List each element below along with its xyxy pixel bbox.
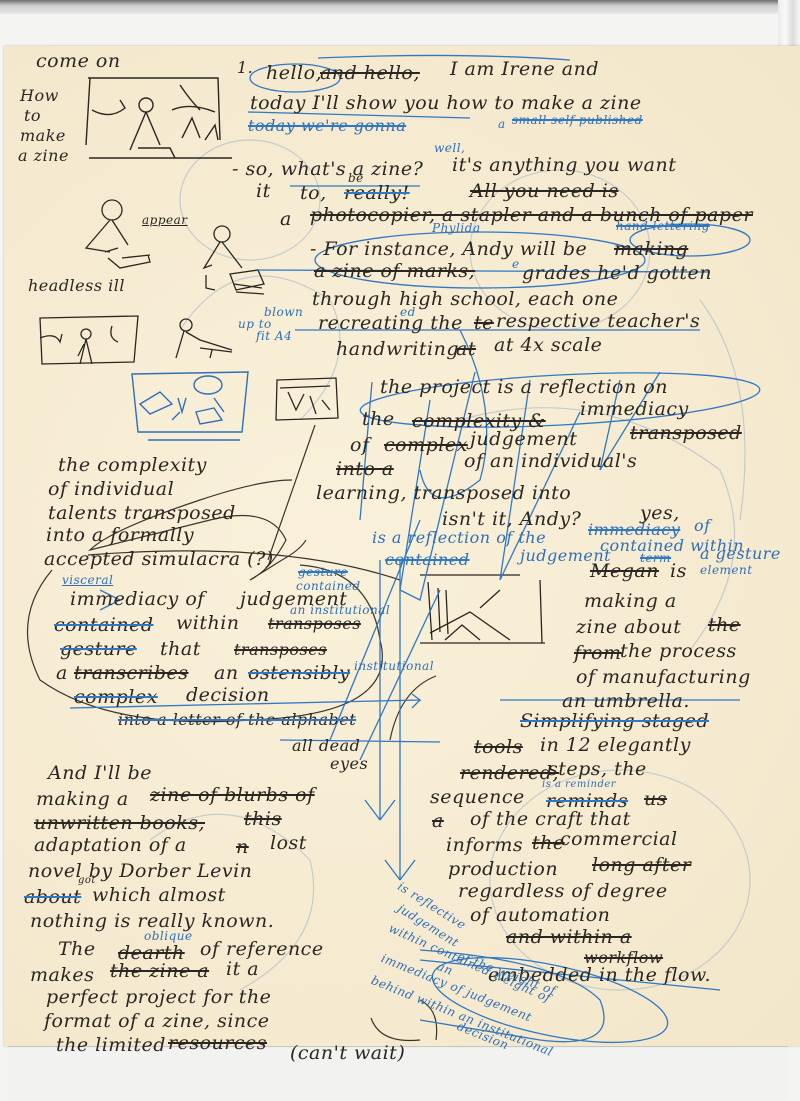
transposed-struck: transposed	[630, 424, 742, 443]
of-word: of	[350, 436, 369, 455]
regardless-of-degree: regardless of degree	[458, 882, 668, 901]
oval-that: that	[160, 640, 201, 659]
perfect-project: perfect project for the	[46, 988, 271, 1007]
blue-institutional: institutional	[354, 660, 434, 672]
item-number-1: 1.	[237, 60, 253, 76]
blue-visceral: visceral	[62, 574, 113, 586]
oval-transposes-struck: transposes	[268, 616, 361, 632]
anything-you-want: it's anything you want	[452, 156, 676, 175]
at-4x-scale: at 4x scale	[494, 336, 602, 355]
is-word: is	[670, 562, 687, 581]
a-word: a	[280, 210, 292, 229]
which-almost: which almost	[92, 886, 226, 905]
oval-decision: decision	[186, 686, 270, 705]
lost: lost	[270, 834, 307, 853]
the-zine-a-struck: the zine a	[110, 962, 209, 981]
blue-hand-lettering: hand lettering	[616, 220, 710, 232]
te-struck: te	[474, 314, 494, 333]
simplifying-staged-struck: Simplifying staged	[520, 712, 709, 731]
immediacy: immediacy	[580, 400, 689, 419]
oval-into-a-letter-struck: into a letter of the alphabet	[118, 712, 356, 728]
into-a-struck: into a	[336, 460, 394, 479]
isnt-it-andy: isn't it, Andy?	[442, 510, 581, 529]
from-struck: from	[574, 644, 622, 663]
the-struck: the	[708, 616, 741, 635]
novel-by-dorber-levin: novel by Dorber Levin	[28, 862, 252, 881]
blue-gesture-struck: gesture	[298, 566, 348, 578]
margin-to: to	[24, 108, 41, 124]
blue-today-gonna: today we're gonna	[248, 118, 406, 134]
sheet-stack-right-edge	[778, 0, 800, 50]
zine-about: zine about	[576, 618, 681, 637]
oval-transcribes-struck: transcribes	[74, 664, 189, 683]
production: production	[448, 860, 558, 879]
oval-transposes-struck-2: transposes	[234, 642, 327, 658]
to-word: to,	[300, 184, 327, 203]
the-limited: the limited	[56, 1036, 166, 1055]
project-reflection: the project is a reflection on	[380, 378, 668, 397]
blue-oblique: oblique	[144, 930, 193, 942]
blue-well: well,	[434, 142, 465, 154]
margin-headless: headless ill	[28, 278, 125, 294]
oval-gesture-struck: gesture	[60, 640, 137, 659]
commercial: commercial	[560, 830, 678, 849]
learning-transposed: learning, transposed into	[316, 484, 571, 503]
makes: makes	[30, 966, 94, 985]
complexity-line4: into a formally	[46, 526, 194, 545]
complexity-line5: accepted simulacra (?)	[44, 550, 274, 569]
making-struck: making	[614, 240, 688, 259]
of-reference: of reference	[200, 940, 324, 959]
hello-struck: and hello,	[320, 64, 420, 83]
blue-element: element	[700, 564, 753, 576]
all-dead: all dead	[292, 738, 360, 754]
tools-struck: tools	[474, 738, 523, 757]
oval-complex-struck: complex	[74, 688, 158, 707]
blue-small-self-published: small self-published	[512, 114, 643, 126]
respective-teachers: respective teacher's	[496, 312, 700, 331]
the-word-2: The	[58, 940, 96, 959]
through-high-school: through high school, each one	[312, 290, 618, 309]
of-an-individuals: of an individual's	[464, 452, 637, 471]
oval-contained-struck: contained	[54, 616, 154, 635]
complex-struck: complex	[384, 436, 468, 455]
really-struck: really!	[344, 184, 410, 203]
complexity-line3: talents transposed	[48, 504, 236, 523]
complexity-line2: of individual	[48, 480, 174, 499]
n-struck: n	[236, 838, 249, 857]
zine-of-blurbs-struck: zine of blurbs of	[150, 786, 315, 805]
it-word: it	[256, 182, 271, 201]
margin-come-on: come on	[36, 52, 121, 71]
zine-of-marks-struck: a zine of marks,	[314, 262, 475, 281]
resources-struck: resources	[168, 1034, 267, 1053]
oval-within: within	[176, 614, 240, 633]
of-manufacturing: of manufacturing	[576, 668, 751, 687]
sequence: sequence	[430, 788, 525, 807]
making-a-2: making a	[584, 592, 677, 611]
about-struck: about	[24, 888, 81, 907]
in-12-elegantly: in 12 elegantly	[540, 736, 691, 755]
complexity-line1: the complexity	[58, 456, 207, 475]
oval-immediacy-of: immediacy of	[70, 590, 205, 609]
recreating-the: recreating the	[318, 314, 463, 333]
long-after-struck: long after	[592, 856, 691, 875]
oval-a: a	[56, 664, 68, 683]
format-of-a-zine: format of a zine, since	[44, 1012, 270, 1031]
for-instance-andy: - For instance, Andy will be	[310, 240, 587, 259]
the-process: the process	[620, 642, 737, 661]
unwritten-books-struck: unwritten books,	[34, 814, 205, 833]
blue-is-a-reminder: is a reminder	[542, 780, 616, 790]
it-a: it a	[226, 960, 259, 979]
margin-make: make	[20, 128, 66, 144]
whats-a-zine: - so, what's a zine?	[232, 160, 423, 179]
hello-circled: hello,	[266, 64, 322, 83]
and-within-a-struck: and within a	[506, 928, 632, 947]
grades-gotten: grades he'd gotten	[522, 264, 712, 283]
oval-an: an	[214, 664, 239, 683]
an-umbrella: an umbrella.	[562, 692, 690, 711]
us-struck: us	[644, 790, 667, 809]
eyes: eyes	[330, 756, 368, 772]
megan-struck: Megan	[590, 562, 659, 581]
informs: informs	[446, 836, 523, 855]
this-struck: this	[244, 810, 282, 829]
at-struck: at	[456, 340, 476, 359]
steps-the: steps, the	[548, 760, 647, 779]
blue-e: e	[512, 258, 520, 270]
intro-irene: I am Irene and	[450, 60, 599, 79]
of-automation: of automation	[470, 906, 610, 925]
handwriting: handwriting	[336, 340, 459, 359]
adaptation-of-a: adaptation of a	[34, 836, 187, 855]
blue-a: a	[498, 118, 506, 130]
all-you-need-struck: All you need is	[470, 182, 619, 201]
oval-ostensibly-struck: ostensibly	[248, 664, 350, 683]
and-ill-be: And I'll be	[48, 764, 152, 783]
intro-today: today I'll show you how to make a zine	[250, 94, 642, 113]
a-struck: a	[432, 812, 444, 831]
cant-wait-circled: (can't wait)	[290, 1044, 405, 1063]
blue-a-gesture: a gesture	[700, 546, 781, 562]
margin-a-zine: a zine	[18, 148, 69, 164]
making-a: making a	[36, 790, 129, 809]
sheet-stack-top-edge	[0, 0, 800, 14]
blue-of: of	[694, 518, 711, 534]
the-word: the	[362, 410, 395, 429]
margin-fit-a4: fit A4	[256, 330, 292, 342]
margin-appear: appear	[142, 214, 188, 226]
of-the-craft-that: of the craft that	[470, 810, 631, 829]
margin-how: How	[20, 88, 59, 104]
blue-contained-struck: contained	[385, 552, 470, 568]
judgement: judgement	[470, 430, 577, 449]
blue-phylida: Phylida	[432, 222, 481, 234]
blue-is-reflection: is a reflection of the	[372, 530, 546, 546]
